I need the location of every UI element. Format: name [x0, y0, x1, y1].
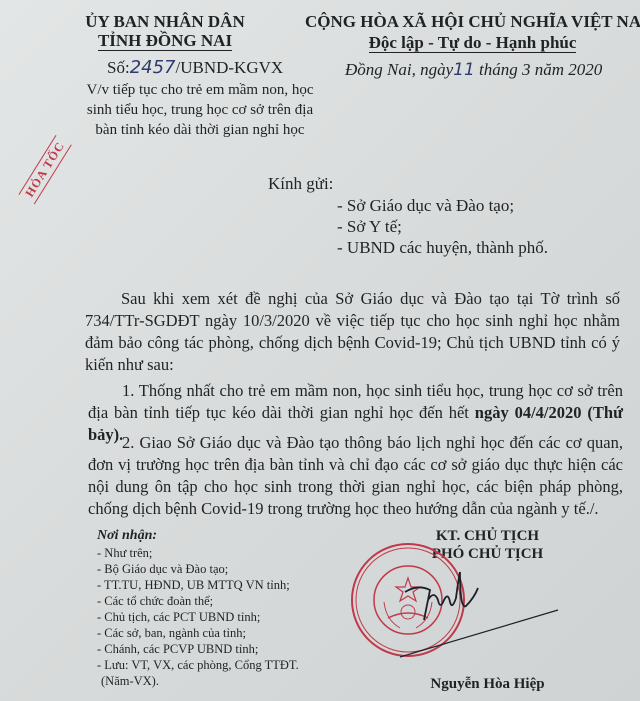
signatory-name: Nguyễn Hòa Hiệp — [400, 676, 575, 693]
subject-line: V/v tiếp tục cho trẻ em mầm non, học — [78, 80, 322, 100]
date-day-handwritten: 11 — [453, 60, 475, 80]
addressee-label: Kính gửi: — [268, 174, 333, 194]
addressee-item: - Sở Y tế; — [337, 216, 548, 237]
number-prefix: Số: — [107, 58, 130, 77]
number-handwritten: 2457 — [130, 57, 176, 78]
motto-wrap: Độc lập - Tự do - Hạnh phúc — [305, 33, 640, 53]
recipients-label: Nơi nhận: — [97, 528, 157, 544]
national-motto: Độc lập - Tự do - Hạnh phúc — [369, 33, 577, 53]
body-intro: Sau khi xem xét đề nghị của Sở Giáo dục … — [85, 288, 620, 376]
handwritten-signature-icon — [400, 570, 600, 665]
date-suffix: tháng 3 năm 2020 — [479, 60, 602, 79]
recipient-item: - Lưu: VT, VX, các phòng, Cổng TTĐT. — [97, 657, 299, 673]
urgent-stamp: HỎA TỐC — [19, 135, 72, 205]
recipient-item: - TT.TU, HĐND, UB MTTQ VN tỉnh; — [97, 577, 299, 593]
nation-title: CỘNG HÒA XÃ HỘI CHỦ NGHĨA VIỆT NAM — [305, 12, 640, 32]
document-number: Số:2457/UBND-KGVX — [107, 57, 283, 78]
issuing-province: TỈNH ĐỒNG NAI — [98, 31, 232, 51]
number-suffix: /UBND-KGVX — [176, 58, 284, 77]
document-page: ỦY BAN NHÂN DÂN TỈNH ĐỒNG NAI Số:2457/UB… — [0, 0, 640, 701]
recipient-item: - Các sở, ban, ngành của tỉnh; — [97, 625, 299, 641]
recipient-item: (Năm-VX). — [97, 673, 299, 689]
subject-line: bàn tỉnh kéo dài thời gian nghỉ học — [78, 120, 322, 140]
recipient-item: - Như trên; — [97, 545, 299, 561]
recipient-item: - Các tổ chức đoàn thể; — [97, 593, 299, 609]
subject-line: sinh tiểu học, trung học cơ sở trên địa — [78, 100, 322, 120]
recipient-item: - Bộ Giáo dục và Đào tạo; — [97, 561, 299, 577]
date-prefix: Đồng Nai, ngày — [345, 60, 453, 79]
addressee-item: - Sở Giáo dục và Đào tạo; — [337, 195, 548, 216]
issue-date: Đồng Nai, ngày11 tháng 3 năm 2020 — [345, 60, 602, 80]
body-point-2: 2. Giao Sở Giáo dục và Đào tạo thông báo… — [88, 432, 623, 520]
recipient-item: - Chánh, các PCVP UBND tỉnh; — [97, 641, 299, 657]
recipient-item: - Chủ tịch, các PCT UBND tỉnh; — [97, 609, 299, 625]
addressee-list: - Sở Giáo dục và Đào tạo; - Sở Y tế; - U… — [337, 195, 548, 258]
subject-block: V/v tiếp tục cho trẻ em mầm non, học sin… — [78, 80, 322, 140]
issuing-authority: ỦY BAN NHÂN DÂN — [80, 12, 250, 32]
province-wrap: TỈNH ĐỒNG NAI — [80, 31, 250, 51]
recipients-list: - Như trên; - Bộ Giáo dục và Đào tạo; - … — [97, 545, 299, 689]
addressee-item: - UBND các huyện, thành phố. — [337, 237, 548, 258]
